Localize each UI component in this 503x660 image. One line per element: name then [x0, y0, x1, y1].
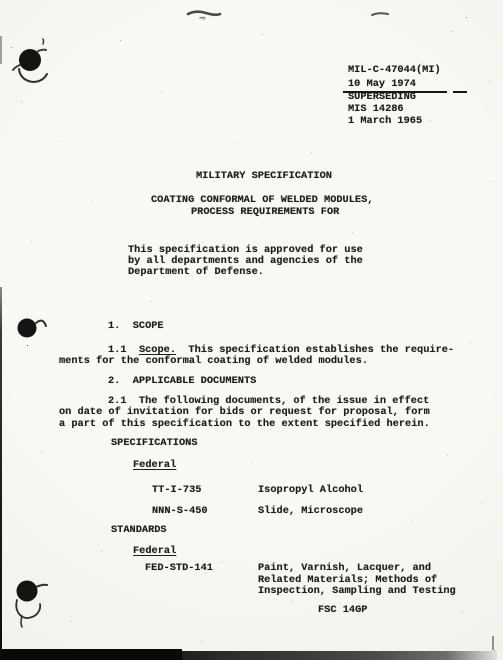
approval-line-3: Department of Defense.: [128, 267, 264, 278]
scan-right-edge-mark: [492, 636, 494, 650]
specifications-heading: SPECIFICATIONS: [111, 438, 198, 449]
ink-blot-middle-icon: [14, 314, 52, 348]
spec-item-number: NNN-S-450: [152, 506, 208, 517]
scope-paragraph-line-2: ments for the conformal coating of welde…: [59, 356, 368, 367]
subject-line-2: PROCESS REQUIREMENTS FOR: [191, 207, 339, 218]
applicable-docs-line-2: on date of invitation for bids or reques…: [59, 407, 430, 418]
ink-blot-bottom-icon: [10, 574, 58, 630]
superseded-number: MIS 14286: [348, 104, 404, 115]
scan-left-edge-tick: [0, 36, 2, 64]
scanned-spec-page: MIL-C-47044(MI) 10 May 1974 SUPERSEDING …: [0, 0, 503, 660]
standards-heading: STANDARDS: [111, 525, 167, 536]
date-underline-dash: [453, 91, 467, 93]
section-heading-scope: 1. SCOPE: [108, 321, 164, 332]
standard-item-title-line-3: Inspection, Sampling and Testing: [258, 586, 456, 597]
fsc-code: FSC 14GP: [318, 605, 367, 616]
scan-noise-speckles: [0, 0, 1, 1]
spec-number: MIL-C-47044(MI): [348, 65, 441, 76]
applicable-docs-line-3: a part of this specification to the exte…: [59, 419, 430, 430]
subject-line-1: COATING CONFORMAL OF WELDED MODULES,: [151, 195, 373, 206]
superseded-date: 1 March 1965: [348, 116, 422, 127]
scan-smudge-top-center-icon: [186, 8, 222, 22]
section-heading-applicable-documents: 2. APPLICABLE DOCUMENTS: [108, 376, 256, 387]
ink-blot-top-icon: [8, 38, 56, 94]
spec-item-title: Slide, Microscope: [258, 506, 363, 517]
superseding-label: SUPERSEDING: [348, 92, 416, 103]
specifications-federal-label: Federal: [133, 460, 176, 471]
scan-left-edge-line: [0, 287, 2, 660]
spec-date: 10 May 1974: [348, 79, 416, 90]
scan-smudge-top-right-icon: [370, 10, 390, 18]
standard-item-number: FED-STD-141: [145, 563, 213, 574]
scan-bottom-bar-dark-end: [0, 649, 182, 660]
spec-item-title: Isopropyl Alcohol: [258, 485, 363, 496]
standards-federal-label: Federal: [133, 546, 176, 557]
standard-item-title-line-1: Paint, Varnish, Lacquer, and: [258, 563, 431, 574]
page-title: MILITARY SPECIFICATION: [196, 171, 332, 182]
spec-item-number: TT-I-735: [152, 485, 201, 496]
